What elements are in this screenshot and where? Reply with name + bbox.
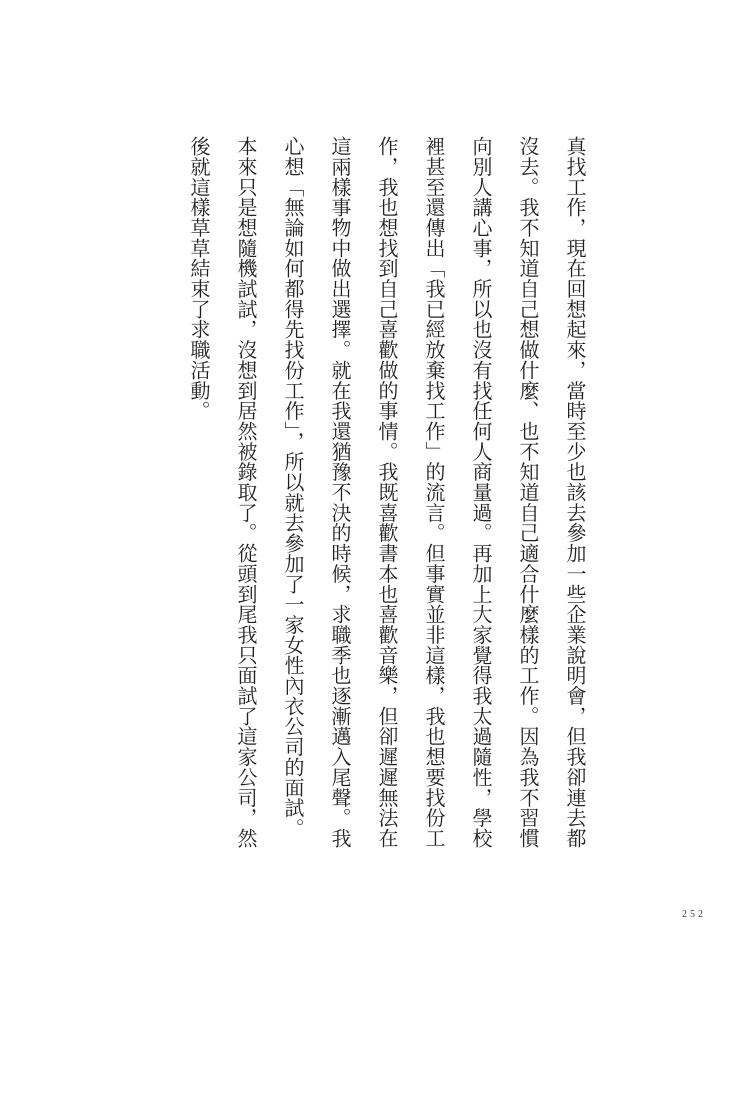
text-column: 真找工作，現在回想起來，當時至少也該去參加一些企業說明會，但我卻連去都 (550, 136, 597, 850)
text-column: 這兩樣事物中做出選擇。就在我還猶豫不決的時候，求職季也逐漸邁入尾聲。我 (315, 136, 362, 850)
text-column: 向別人講心事，所以也沒有找任何人商量過。再加上大家覺得我太過隨性，學校 (456, 136, 503, 850)
book-page: 真找工作，現在回想起來，當時至少也該去參加一些企業說明會，但我卻連去都 沒去。我… (0, 0, 743, 1100)
text-column: 心想「無論如何都得先找份工作」，所以就去參加了一家女性內衣公司的面試。 (268, 136, 315, 850)
text-column: 裡甚至還傳出「我已經放棄找工作」的流言。但事實並非這樣，我也想要找份工 (409, 136, 456, 850)
vertical-body-text: 真找工作，現在回想起來，當時至少也該去參加一些企業說明會，但我卻連去都 沒去。我… (174, 136, 597, 850)
text-column: 後就這樣草草結束了求職活動。 (174, 136, 221, 850)
text-column: 作，我也想找到自己喜歡做的事情。我既喜歡書本也喜歡音樂，但卻遲遲無法在 (362, 136, 409, 850)
page-number: 252 (682, 909, 706, 920)
text-column: 沒去。我不知道自己想做什麼、也不知道自己適合什麼樣的工作。因為我不習慣 (503, 136, 550, 850)
text-column: 本來只是想隨機試試，沒想到居然被錄取了。從頭到尾我只面試了這家公司，然 (221, 136, 268, 850)
